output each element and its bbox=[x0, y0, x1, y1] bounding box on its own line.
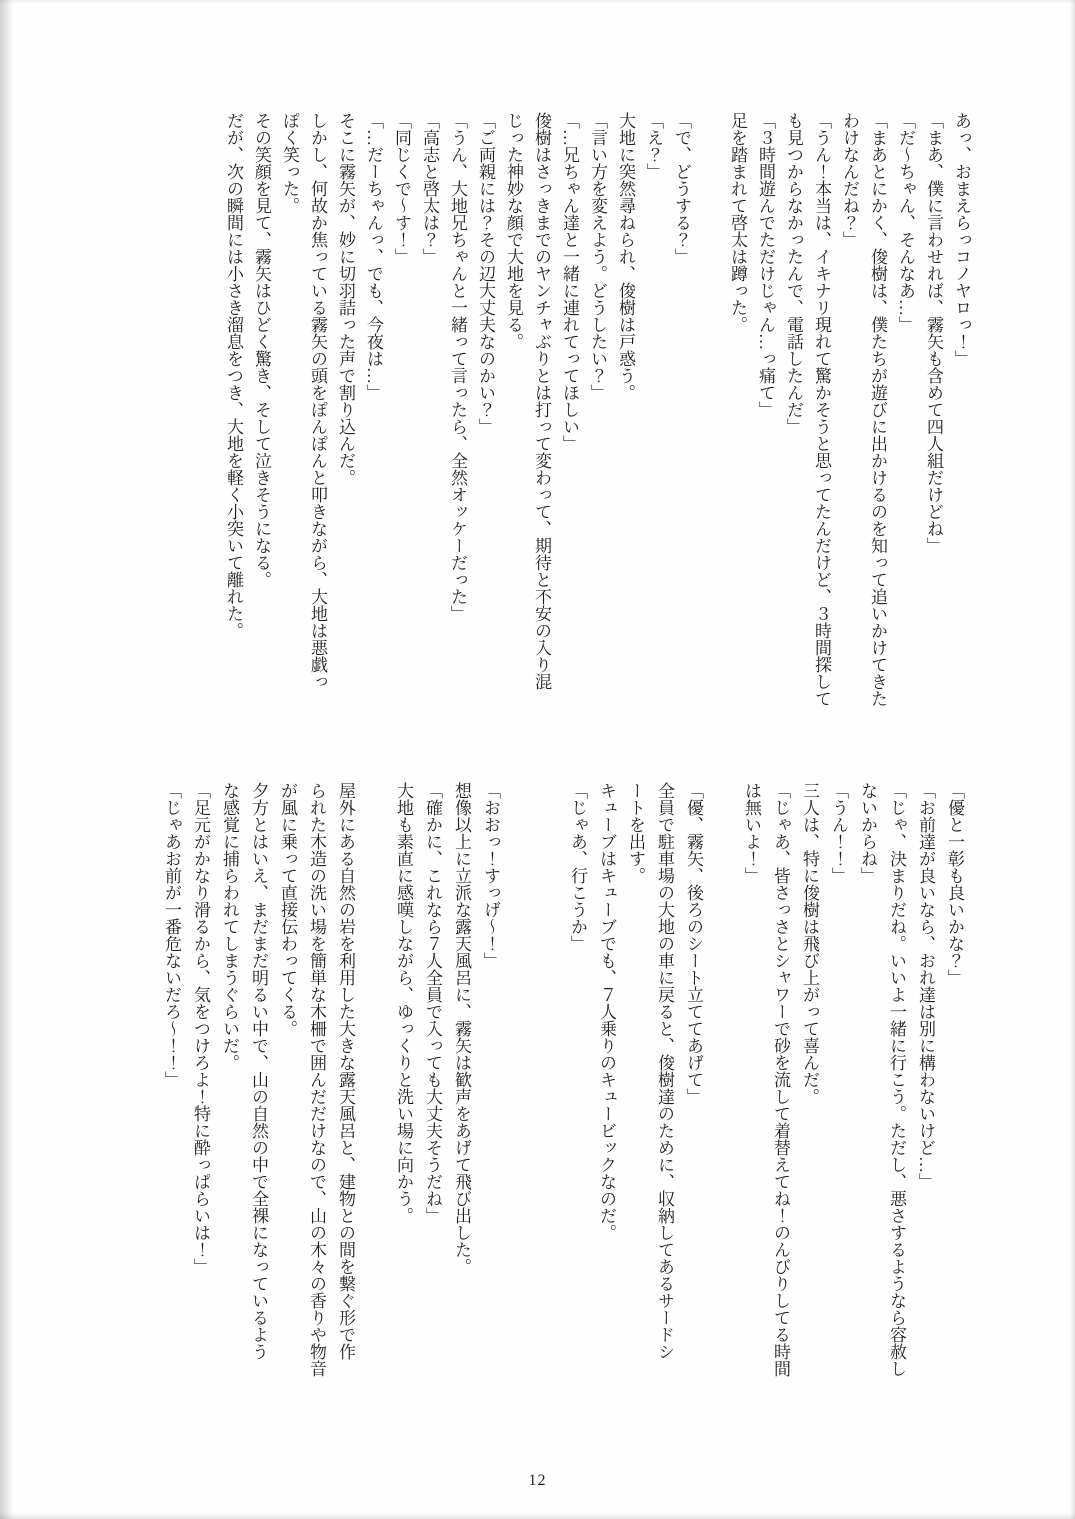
blank-column bbox=[505, 782, 534, 1422]
text-column: ないからね」 bbox=[853, 782, 882, 1422]
blank-column bbox=[360, 782, 389, 1422]
text-column: 「お前達が良いなら、おれ達は別に構わないけど…」 bbox=[911, 782, 940, 1422]
text-column: も見つからなかったんで、電話したんだ」 bbox=[779, 112, 807, 752]
scanned-novel-page: あっ、おまえらっコノヤロっ！」 「まあ、僕に言わせれば、霧矢も含めて四人組だけど… bbox=[0, 0, 1075, 1519]
text-column: 「優と一彰も良いかな？」 bbox=[940, 782, 969, 1422]
text-column: 「うん！！」 bbox=[824, 782, 853, 1422]
text-column: 「まあ、僕に言わせれば、霧矢も含めて四人組だけどね」 bbox=[919, 112, 947, 752]
text-column: だが、次の瞬間には小さき溜息をつき、大地を軽く小突いて離れた。 bbox=[219, 112, 247, 752]
text-column: わけなんだね？」 bbox=[835, 112, 863, 752]
text-column: 「ご両親には？その辺大丈夫なのかい？」 bbox=[471, 112, 499, 752]
bottom-text-block: 「優と一彰も良いかな？」 「お前達が良いなら、おれ達は別に構わないけど…」 「じ… bbox=[157, 782, 969, 1422]
text-column: 「じゃあ、行こうか」 bbox=[563, 782, 592, 1422]
text-column: 「じゃあ、皆さっさとシャワーで砂を流して着替えてね！のんびりしてる時間 bbox=[766, 782, 795, 1422]
text-column: が風に乗って直接伝わってくる。 bbox=[273, 782, 302, 1422]
text-column: 「言い方を変えよう。どうしたい？」 bbox=[583, 112, 611, 752]
text-column: 「…兄ちゃん達と一緒に連れてってほしい」 bbox=[555, 112, 583, 752]
text-column: 「同じくで〜す！」 bbox=[387, 112, 415, 752]
text-column: じった神妙な顔で大地を見る。 bbox=[499, 112, 527, 752]
top-text-block: あっ、おまえらっコノヤロっ！」 「まあ、僕に言わせれば、霧矢も含めて四人組だけど… bbox=[219, 112, 975, 752]
text-column: 想像以上に立派な露天風呂に、霧矢は歓声をあげて飛び出した。 bbox=[447, 782, 476, 1422]
text-column: 「足元がかなり滑るから、気をつけろよ！特に酔っぱらいは！」 bbox=[186, 782, 215, 1422]
blank-column bbox=[695, 112, 723, 752]
text-column: 「で、どうする？」 bbox=[667, 112, 695, 752]
text-column: 「優、霧矢、後ろのシート立ててあげて」 bbox=[679, 782, 708, 1422]
blank-column bbox=[534, 782, 563, 1422]
blank-column bbox=[708, 782, 737, 1422]
text-column: 「じゃあお前が一番危ないだろ〜！！」 bbox=[157, 782, 186, 1422]
text-column: 「じゃ、決まりだね。いいよ一緒に行こう。ただし、悪さするようなら容赦し bbox=[882, 782, 911, 1422]
text-column: 大地に突然尋ねられ、俊樹は戸惑う。 bbox=[611, 112, 639, 752]
text-column: しかし、何故か焦っている霧矢の頭をぽんぽんと叩きながら、大地は悪戯っ bbox=[303, 112, 331, 752]
text-column: キューブはキューブでも、７人乗りのキュービックなのだ。 bbox=[592, 782, 621, 1422]
text-column: 「まあとにかく、俊樹は、僕たちが遊びに出かけるのを知って追いかけてきた bbox=[863, 112, 891, 752]
text-column: 「うん、大地兄ちゃんと一緒って言ったら、全然オッケーだった」 bbox=[443, 112, 471, 752]
text-column: ートを出す。 bbox=[621, 782, 650, 1422]
text-column: 全員で駐車場の大地の車に戻ると、俊樹達のために、収納してあるサードシ bbox=[650, 782, 679, 1422]
text-column: 大地も素直に感嘆しながら、ゆっくりと洗い場に向かう。 bbox=[389, 782, 418, 1422]
text-column: 「…だーちゃんっ、でも、今夜は…」 bbox=[359, 112, 387, 752]
text-column: は無いよ！」 bbox=[737, 782, 766, 1422]
text-column: 夕方とはいえ、まだまだ明るい中で、山の自然の中で全裸になっているよう bbox=[244, 782, 273, 1422]
text-column: 屋外にある自然の岩を利用した大きな露天風呂と、建物との間を繋ぐ形で作 bbox=[331, 782, 360, 1422]
text-column: 「うん！本当は、イキナリ現れて驚かそうと思ってたんだけど、３時間探して bbox=[807, 112, 835, 752]
text-column: られた木造の洗い場を簡単な木柵で囲んだだけなので、山の木々の香りや物音 bbox=[302, 782, 331, 1422]
text-column: 俊樹はさっきまでのヤンチャぶりとは打って変わって、期待と不安の入り混 bbox=[527, 112, 555, 752]
text-column: そこに霧矢が、妙に切羽詰った声で割り込んだ。 bbox=[331, 112, 359, 752]
text-column: 足を踏まれて啓太は蹲った。 bbox=[723, 112, 751, 752]
text-column: 三人は、特に俊樹は飛び上がって喜んだ。 bbox=[795, 782, 824, 1422]
page-number: 12 bbox=[0, 1472, 1075, 1490]
text-column: 「え？」 bbox=[639, 112, 667, 752]
text-column: その笑顔を見て、霧矢はひどく驚き、そして泣きそうになる。 bbox=[247, 112, 275, 752]
text-column: 「だ〜ちゃん、そんなあ…」 bbox=[891, 112, 919, 752]
text-column: あっ、おまえらっコノヤロっ！」 bbox=[947, 112, 975, 752]
text-column: 「おおっ！すっげ〜！」 bbox=[476, 782, 505, 1422]
text-column: ぽく笑った。 bbox=[275, 112, 303, 752]
text-column: な感覚に捕らわれてしまうぐらいだ。 bbox=[215, 782, 244, 1422]
text-column: 「確かに、これなら７人全員で入っても大丈夫そうだね」 bbox=[418, 782, 447, 1422]
text-column: 「高志と啓太は？」 bbox=[415, 112, 443, 752]
text-column: 「３時間遊んでただけじゃん…っ痛て」 bbox=[751, 112, 779, 752]
